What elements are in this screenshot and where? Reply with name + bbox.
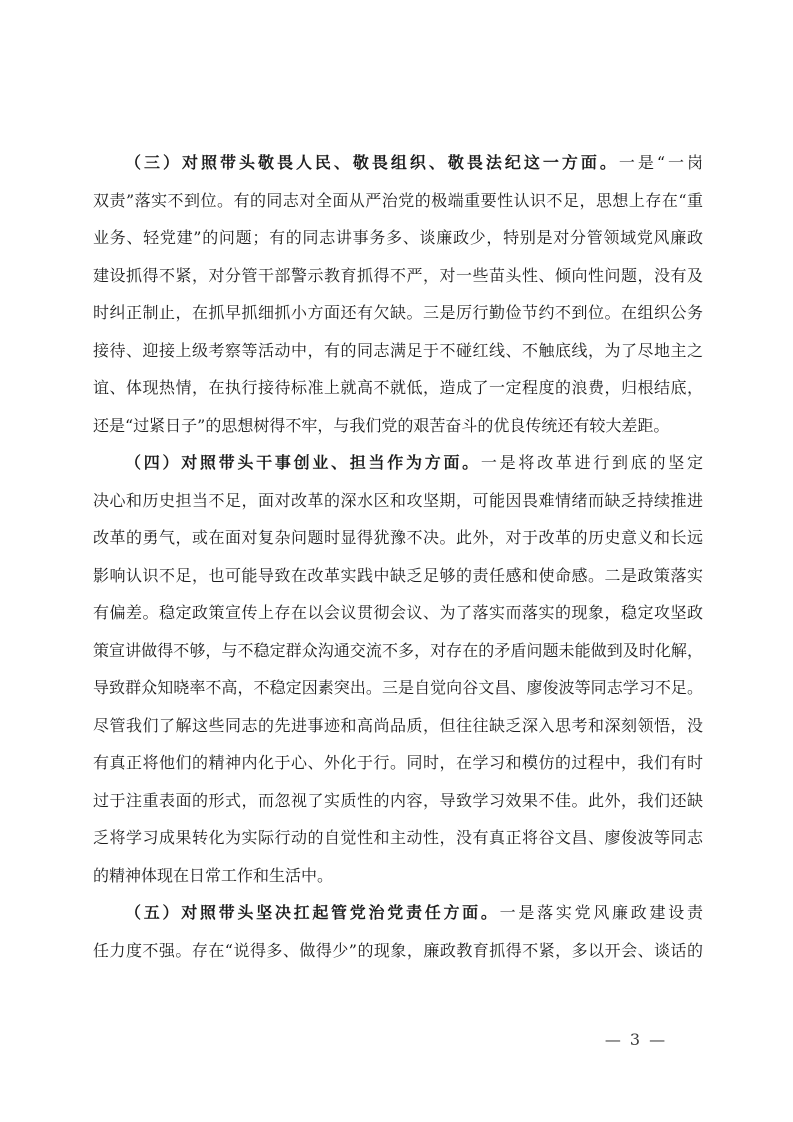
text-line: 双责”落实不到位。有的同志对全面从严治党的极端重要性认识不足，思想上存在“重 bbox=[93, 182, 703, 220]
text-line: 建设抓得不紧，对分管干部警示教育抓得不严，对一些苗头性、倾向性问题，没有及 bbox=[93, 257, 703, 295]
section-heading: （三）对照带头敬畏人民、敬畏组织、敬畏法纪这一方面。 bbox=[125, 153, 619, 172]
body-text: 谊、体现热情，在执行接待标准上就高不就低，造成了一定程度的浪费，归根结底， bbox=[93, 378, 703, 397]
body-text: 有真正将他们的精神内化于心、外化于行。同时，在学习和模仿的过程中，我们有时 bbox=[93, 753, 703, 772]
body-text: 过于注重表面的形式，而忽视了实质性的内容，导致学习效果不佳。此外，我们还缺 bbox=[93, 791, 703, 810]
text-line: 业务、轻党建”的问题；有的同志讲事务多、谈廉政少，特别是对分管领域党风廉政 bbox=[93, 219, 703, 257]
section-heading: （五）对照带头坚决扛起管党治党责任方面。 bbox=[125, 903, 500, 922]
text-line: （五）对照带头坚决扛起管党治党责任方面。一是落实党风廉政建设责 bbox=[93, 894, 703, 932]
text-line: 决心和历史担当不足，面对改革的深水区和攻坚期，可能因畏难情绪而缺乏持续推进 bbox=[93, 482, 703, 520]
body-text: 还是“过紧日子”的思想树得不牢，与我们党的艰苦奋斗的优良传统还有较大差距。 bbox=[93, 416, 669, 435]
text-line: （三）对照带头敬畏人民、敬畏组织、敬畏法纪这一方面。一是“一岗 bbox=[93, 144, 703, 182]
section-heading: （四）对照带头干事创业、担当作为方面。 bbox=[125, 453, 481, 472]
text-line: 尽管我们了解这些同志的先进事迹和高尚品质，但往往缺乏深入思考和深刻领悟，没 bbox=[93, 707, 703, 745]
text-line: 的精神体现在日常工作和生活中。 bbox=[93, 857, 703, 895]
body-text: 双责”落实不到位。有的同志对全面从严治党的极端重要性认识不足，思想上存在“重 bbox=[93, 191, 703, 210]
document-body: （三）对照带头敬畏人民、敬畏组织、敬畏法纪这一方面。一是“一岗双责”落实不到位。… bbox=[93, 144, 703, 969]
text-line: 有真正将他们的精神内化于心、外化于行。同时，在学习和模仿的过程中，我们有时 bbox=[93, 744, 703, 782]
body-text: 尽管我们了解这些同志的先进事迹和高尚品质，但往往缺乏深入思考和深刻领悟，没 bbox=[93, 716, 703, 735]
page-number: — 3 — bbox=[563, 1030, 709, 1049]
body-text: 有偏差。稳定政策宣传上存在以会议贯彻会议、为了落实而落实的现象，稳定攻坚政 bbox=[93, 603, 703, 622]
body-text: 乏将学习成果转化为实际行动的自觉性和主动性，没有真正将谷文昌、廖俊波等同志 bbox=[93, 828, 703, 847]
body-text: 导致群众知晓率不高，不稳定因素突出。三是自觉向谷文昌、廖俊波等同志学习不足。 bbox=[93, 678, 703, 697]
text-line: 有偏差。稳定政策宣传上存在以会议贯彻会议、为了落实而落实的现象，稳定攻坚政 bbox=[93, 594, 703, 632]
body-text: 一是“一岗 bbox=[619, 153, 703, 172]
body-text: 业务、轻党建”的问题；有的同志讲事务多、谈廉政少，特别是对分管领域党风廉政 bbox=[93, 228, 703, 247]
body-text: 改革的勇气，或在面对复杂问题时显得犹豫不决。此外，对于改革的历史意义和长远 bbox=[93, 528, 703, 547]
text-line: 还是“过紧日子”的思想树得不牢，与我们党的艰苦奋斗的优良传统还有较大差距。 bbox=[93, 407, 703, 445]
text-line: 乏将学习成果转化为实际行动的自觉性和主动性，没有真正将谷文昌、廖俊波等同志 bbox=[93, 819, 703, 857]
text-line: 过于注重表面的形式，而忽视了实质性的内容，导致学习效果不佳。此外，我们还缺 bbox=[93, 782, 703, 820]
body-text: 一是将改革进行到底的坚定 bbox=[481, 453, 703, 472]
body-text: 任力度不强。存在“说得多、做得少”的现象，廉政教育抓得不紧，多以开会、谈话的 bbox=[93, 941, 703, 960]
body-text: 影响认识不足，也可能导致在改革实践中缺乏足够的责任感和使命感。二是政策落实 bbox=[93, 566, 703, 585]
text-line: （四）对照带头干事创业、担当作为方面。一是将改革进行到底的坚定 bbox=[93, 444, 703, 482]
text-line: 导致群众知晓率不高，不稳定因素突出。三是自觉向谷文昌、廖俊波等同志学习不足。 bbox=[93, 669, 703, 707]
body-text: 的精神体现在日常工作和生活中。 bbox=[93, 866, 333, 885]
body-text: 决心和历史担当不足，面对改革的深水区和攻坚期，可能因畏难情绪而缺乏持续推进 bbox=[93, 491, 703, 510]
text-line: 策宣讲做得不够，与不稳定群众沟通交流不多，对存在的矛盾问题未能做到及时化解， bbox=[93, 632, 703, 670]
text-line: 接待、迎接上级考察等活动中，有的同志满足于不碰红线、不触底线，为了尽地主之 bbox=[93, 332, 703, 370]
body-text: 建设抓得不紧，对分管干部警示教育抓得不严，对一些苗头性、倾向性问题，没有及 bbox=[93, 266, 703, 285]
document-page: （三）对照带头敬畏人民、敬畏组织、敬畏法纪这一方面。一是“一岗双责”落实不到位。… bbox=[0, 0, 793, 1122]
text-line: 改革的勇气，或在面对复杂问题时显得犹豫不决。此外，对于改革的历史意义和长远 bbox=[93, 519, 703, 557]
body-text: 策宣讲做得不够，与不稳定群众沟通交流不多，对存在的矛盾问题未能做到及时化解， bbox=[93, 641, 703, 660]
body-text: 一是落实党风廉政建设责 bbox=[500, 903, 703, 922]
body-text: 时纠正制止，在抓早抓细抓小方面还有欠缺。三是厉行勤俭节约不到位。在组织公务 bbox=[93, 303, 703, 322]
text-line: 任力度不强。存在“说得多、做得少”的现象，廉政教育抓得不紧，多以开会、谈话的 bbox=[93, 932, 703, 970]
text-line: 时纠正制止，在抓早抓细抓小方面还有欠缺。三是厉行勤俭节约不到位。在组织公务 bbox=[93, 294, 703, 332]
text-line: 影响认识不足，也可能导致在改革实践中缺乏足够的责任感和使命感。二是政策落实 bbox=[93, 557, 703, 595]
text-line: 谊、体现热情，在执行接待标准上就高不就低，造成了一定程度的浪费，归根结底， bbox=[93, 369, 703, 407]
body-text: 接待、迎接上级考察等活动中，有的同志满足于不碰红线、不触底线，为了尽地主之 bbox=[93, 341, 703, 360]
